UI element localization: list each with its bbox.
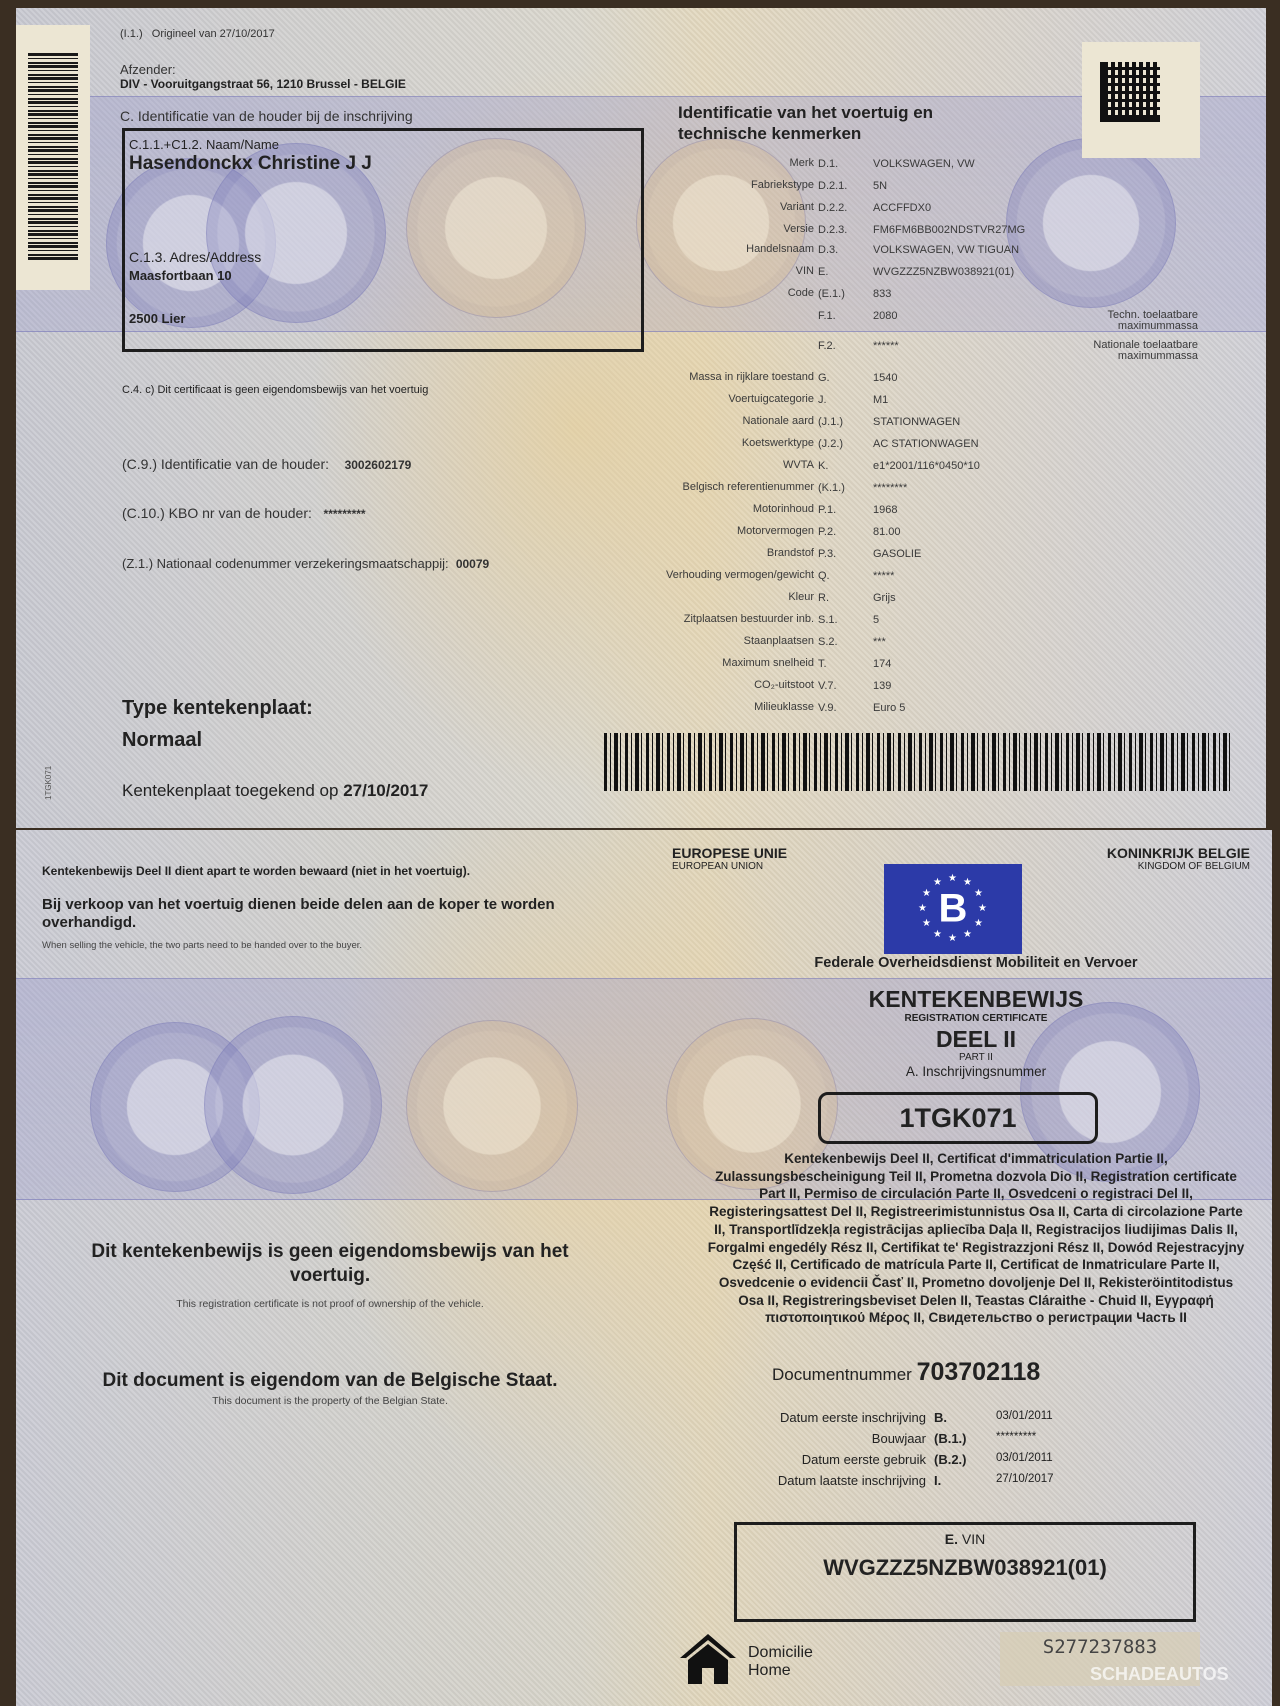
vehicle-row-code: V.7. [818, 680, 837, 692]
vehicle-row-label: Variant [638, 202, 814, 213]
vehicle-row-code: R. [818, 592, 829, 604]
kingdom-label: KONINKRIJK BELGIE [1107, 845, 1250, 861]
vehicle-row-code: E. [818, 266, 828, 278]
vehicle-row-code: F.1. [818, 310, 836, 322]
vehicle-row-label: Verhouding vermogen/gewicht [638, 570, 814, 581]
holder-address-label: C.1.3. Adres/Address [129, 249, 261, 265]
vehicle-row-code: P.1. [818, 504, 836, 516]
wheel-watermark [406, 1020, 578, 1192]
vehicle-row-label: Techn. toelaatbaremaximummassa [1022, 310, 1198, 332]
date-value: 03/01/2011 [996, 1410, 1053, 1422]
holder-street: Maasfortbaan 10 [129, 268, 232, 283]
vehicle-row-value: ****** [873, 340, 899, 352]
date-value: ********* [996, 1431, 1036, 1443]
vehicle-row-label: Voertuigcategorie [638, 394, 814, 405]
vehicle-row-label: Nationale toelaatbaremaximummassa [1022, 340, 1198, 362]
vin-value: WVGZZZ5NZBW038921(01) [737, 1555, 1193, 1581]
document-title-en: REGISTRATION CERTIFICATE [706, 1013, 1246, 1024]
vehicle-row-code: D.1. [818, 158, 838, 170]
vehicle-row-label: Handelsnaam [638, 244, 814, 255]
vehicle-row-label: Maximum snelheid [638, 658, 814, 669]
document-title: KENTEKENBEWIJS [706, 986, 1246, 1013]
registration-number: 1TGK071 [818, 1092, 1098, 1144]
insurer-code: (Z.1.) Nationaal codenummer verzekerings… [122, 556, 489, 571]
keep-separate-note: Kentekenbewijs Deel II dient apart te wo… [42, 864, 470, 878]
vehicle-row-value: M1 [873, 394, 888, 406]
dates-table: Datum eerste inschrijvingB.03/01/2011Bou… [700, 1410, 1240, 1520]
holder-name: Hasendonckx Christine J J [129, 153, 372, 175]
original-date: (I.1.) Origineel van 27/10/2017 [120, 28, 275, 40]
date-value: 03/01/2011 [996, 1452, 1053, 1464]
vehicle-row-label: Milieuklasse [638, 702, 814, 713]
vehicle-row-code: G. [818, 372, 830, 384]
date-code: I. [934, 1473, 941, 1488]
multilingual-title: Kentekenbewijs Deel II, Certificat d'imm… [706, 1150, 1246, 1327]
vehicle-row-code: F.2. [818, 340, 836, 352]
vehicle-row-value: ******** [873, 482, 907, 494]
date-label: Bouwjaar [700, 1431, 926, 1446]
vertical-barcode [16, 25, 90, 290]
holder-city: 2500 Lier [129, 311, 185, 326]
vin-box: E. VIN WVGZZZ5NZBW038921(01) [734, 1522, 1196, 1622]
vehicle-row-value: VOLKSWAGEN, VW [873, 158, 975, 170]
vehicle-row-label: CO₂-uitstoot [638, 680, 814, 691]
vehicle-row-code: (J.1.) [818, 416, 843, 428]
wheel-watermark [204, 1016, 382, 1194]
holder-section-title: C. Identificatie van de houder bij de in… [120, 108, 413, 124]
vehicle-data-table: MerkD.1.VOLKSWAGEN, VWFabriekstypeD.2.1.… [638, 0, 1198, 720]
vehicle-row-label: WVTA [638, 460, 814, 471]
ownership-note: C.4. c) Dit certificaat is geen eigendom… [122, 384, 428, 396]
vehicle-row-code: P.2. [818, 526, 836, 538]
side-code: 1TGK071 [44, 766, 53, 800]
reg-number-label: A. Inschrijvingsnummer [706, 1064, 1246, 1079]
ministry-name: Federale Overheidsdienst Mobiliteit en V… [706, 955, 1246, 971]
date-code: (B.2.) [934, 1452, 967, 1467]
vehicle-row-code: D.3. [818, 244, 838, 256]
home-label: Domicilie Home [748, 1644, 813, 1680]
kbo-number: (C.10.) KBO nr van de houder: ********* [122, 505, 366, 521]
vehicle-row-value: VOLKSWAGEN, VW TIGUAN [873, 244, 1019, 256]
vehicle-row-value: ACCFFDX0 [873, 202, 931, 214]
sale-note: Bij verkoop van het voertuig dienen beid… [42, 896, 582, 932]
vehicle-row-label: Code [638, 288, 814, 299]
date-label: Datum eerste inschrijving [700, 1410, 926, 1425]
star-icon: ★ [974, 919, 983, 929]
vehicle-row-value: 81.00 [873, 526, 901, 538]
star-icon: ★ [978, 904, 987, 914]
star-icon: ★ [948, 874, 957, 884]
star-icon: ★ [922, 919, 931, 929]
eu-flag-icon: ★★★★★★★★★★★★ B [884, 864, 1022, 954]
date-code: (B.1.) [934, 1431, 967, 1446]
star-icon: ★ [918, 904, 927, 914]
vehicle-row-value: 5N [873, 180, 887, 192]
vehicle-row-label: Versie [638, 224, 814, 235]
date-label: Datum eerste gebruik [700, 1452, 926, 1467]
vehicle-row-code: P.3. [818, 548, 836, 560]
vehicle-row-label: Staanplaatsen [638, 636, 814, 647]
vehicle-row-value: 174 [873, 658, 891, 670]
vehicle-row-value: GASOLIE [873, 548, 921, 560]
vehicle-row-value: Grijs [873, 592, 896, 604]
vehicle-row-value: *** [873, 636, 886, 648]
date-code: B. [934, 1410, 947, 1425]
vehicle-row-code: K. [818, 460, 828, 472]
holder-box: C.1.1.+C1.2. Naam/Name Hasendonckx Chris… [122, 128, 644, 352]
state-property-note: Dit document is eigendom van de Belgisch… [40, 1370, 620, 1392]
vehicle-row-value: AC STATIONWAGEN [873, 438, 979, 450]
vehicle-row-code: (E.1.) [818, 288, 845, 300]
vehicle-row-label: Zitplaatsen bestuurder inb. [638, 614, 814, 625]
watermark-logo: SCHADEAUTOS [1090, 1664, 1229, 1685]
vehicle-row-label: Motorinhoud [638, 504, 814, 515]
not-ownership-note: Dit kentekenbewijs is geen eigendomsbewi… [60, 1240, 600, 1288]
home-icon [678, 1630, 738, 1686]
vehicle-row-value: 139 [873, 680, 891, 692]
horizontal-barcode [604, 733, 1234, 791]
vehicle-row-code: S.1. [818, 614, 838, 626]
sender-address: DIV - Vooruitgangstraat 56, 1210 Brussel… [120, 77, 406, 91]
vehicle-row-label: Brandstof [638, 548, 814, 559]
vehicle-row-value: e1*2001/116*0450*10 [873, 460, 980, 472]
holder-id: (C.9.) Identificatie van de houder: 3002… [122, 456, 411, 472]
eu-label: EUROPESE UNIE [672, 845, 787, 861]
sender-label: Afzender: [120, 62, 176, 77]
vehicle-row-value: 5 [873, 614, 879, 626]
vehicle-row-code: (J.2.) [818, 438, 843, 450]
date-value: 27/10/2017 [996, 1473, 1054, 1485]
vehicle-row-value: FM6FM6BB002NDSTVR27MG [873, 224, 1025, 236]
eu-label-en: EUROPEAN UNION [672, 861, 763, 872]
vehicle-row-label: Motorvermogen [638, 526, 814, 537]
star-icon: ★ [922, 889, 931, 899]
part-title: DEEL II [706, 1026, 1246, 1053]
star-icon: ★ [948, 934, 957, 944]
date-label: Datum laatste inschrijving [700, 1473, 926, 1488]
vehicle-row-value: Euro 5 [873, 702, 905, 714]
plate-type-label: Type kentekenplaat: [122, 697, 313, 720]
vehicle-row-code: D.2.2. [818, 202, 847, 214]
vin-label: E. VIN [737, 1531, 1193, 1547]
vehicle-row-label: Merk [638, 158, 814, 169]
part-title-en: PART II [706, 1052, 1246, 1063]
vehicle-row-label: VIN [638, 266, 814, 277]
kingdom-label-en: KINGDOM OF BELGIUM [1138, 861, 1250, 872]
vehicle-row-code: Q. [818, 570, 830, 582]
vehicle-row-code: J. [818, 394, 827, 406]
vehicle-row-code: T. [818, 658, 827, 670]
holder-name-label: C.1.1.+C1.2. Naam/Name [129, 137, 279, 152]
not-ownership-note-en: This registration certificate is not pro… [60, 1298, 600, 1310]
vehicle-row-label: Nationale aard [638, 416, 814, 427]
star-icon: ★ [974, 889, 983, 899]
document-number: Documentnummer 703702118 [772, 1358, 1040, 1387]
vehicle-row-value: 833 [873, 288, 891, 300]
vehicle-row-value: ***** [873, 570, 894, 582]
vehicle-row-value: 2080 [873, 310, 897, 322]
vehicle-row-code: S.2. [818, 636, 838, 648]
vehicle-row-code: (K.1.) [818, 482, 845, 494]
vehicle-row-label: Fabriekstype [638, 180, 814, 191]
plate-granted: Kentekenplaat toegekend op 27/10/2017 [122, 781, 428, 801]
vehicle-row-value: 1540 [873, 372, 897, 384]
vehicle-row-code: V.9. [818, 702, 837, 714]
vehicle-row-label: Koetswerktype [638, 438, 814, 449]
serial-number: S277237883 [1000, 1636, 1200, 1658]
state-property-note-en: This document is the property of the Bel… [40, 1395, 620, 1407]
vehicle-row-code: D.2.1. [818, 180, 847, 192]
plate-type-value: Normaal [122, 729, 202, 752]
vehicle-row-label: Belgisch referentienummer [638, 482, 814, 493]
vehicle-row-label: Kleur [638, 592, 814, 603]
sale-note-en: When selling the vehicle, the two parts … [42, 940, 362, 951]
vehicle-row-value: 1968 [873, 504, 897, 516]
vehicle-row-value: STATIONWAGEN [873, 416, 960, 428]
vehicle-row-code: D.2.3. [818, 224, 847, 236]
vehicle-row-value: WVGZZZ5NZBW038921(01) [873, 266, 1014, 278]
vehicle-row-label: Massa in rijklare toestand [638, 372, 814, 383]
